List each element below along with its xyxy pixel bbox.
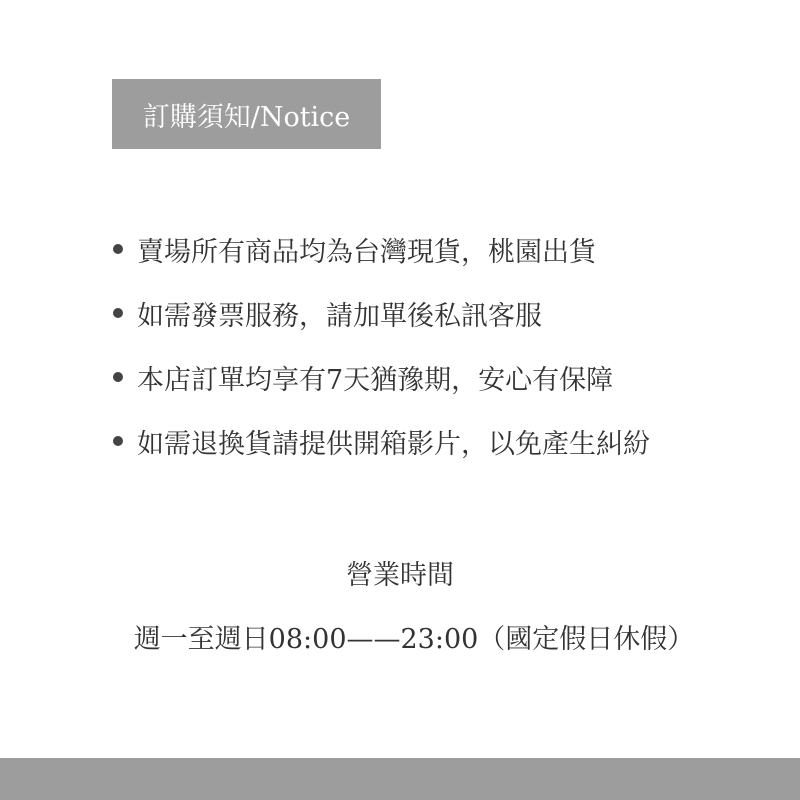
bullet-icon	[113, 244, 123, 254]
notice-header: 訂購須知/Notice	[112, 79, 381, 149]
bullet-icon	[113, 372, 123, 382]
notice-list: 賣場所有商品均為台灣現貨，桃園出貨 如需發票服務，請加單後私訊客服 本店訂單均享…	[110, 226, 650, 482]
business-hours-text: 週一至週日08:00——23:00（國定假日休假）	[0, 617, 800, 656]
notice-text: 如需發票服務，請加單後私訊客服	[137, 294, 542, 333]
notice-text: 賣場所有商品均為台灣現貨，桃園出貨	[137, 230, 596, 269]
bullet-icon	[113, 308, 123, 318]
list-item: 如需發票服務，請加單後私訊客服	[110, 290, 650, 336]
notice-title: 訂購須知/Notice	[143, 95, 351, 134]
list-item: 如需退換貨請提供開箱影片，以免產生糾紛	[110, 418, 650, 464]
list-item: 賣場所有商品均為台灣現貨，桃園出貨	[110, 226, 650, 272]
bullet-icon	[113, 436, 123, 446]
footer-bar	[0, 758, 800, 800]
notice-text: 本店訂單均享有7天猶豫期，安心有保障	[137, 358, 613, 397]
business-hours-title: 營業時間	[0, 553, 800, 592]
notice-text: 如需退換貨請提供開箱影片，以免產生糾紛	[137, 422, 650, 461]
list-item: 本店訂單均享有7天猶豫期，安心有保障	[110, 354, 650, 400]
